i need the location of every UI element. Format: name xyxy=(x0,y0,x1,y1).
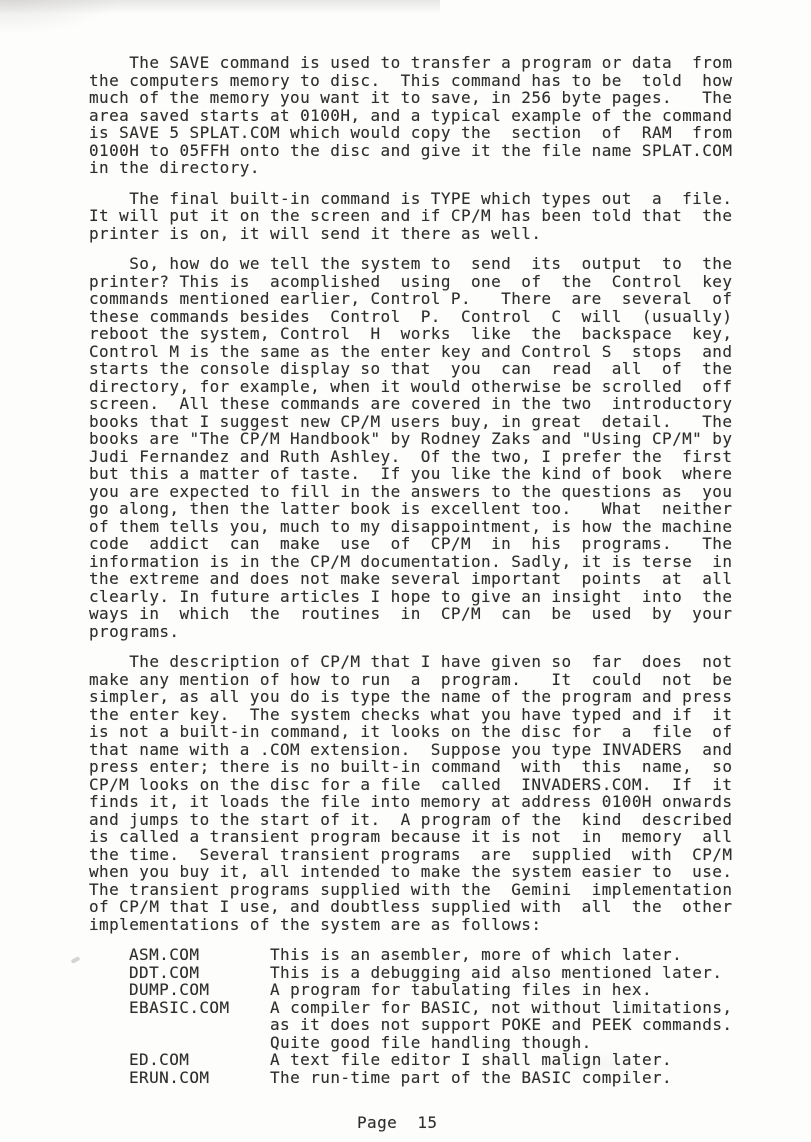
paragraph-running-programs: The description of CP/M that I have give… xyxy=(89,653,749,933)
scan-corner-artifact xyxy=(0,0,120,34)
file-name: ED.COM xyxy=(129,1051,270,1069)
page-body-text: The SAVE command is used to transfer a p… xyxy=(89,54,749,1132)
file-list-row: DDT.COMThis is a debugging aid also ment… xyxy=(89,964,749,982)
file-name: ERUN.COM xyxy=(129,1069,270,1087)
file-description: A text file editor I shall malign later. xyxy=(270,1051,672,1069)
file-name: ASM.COM xyxy=(129,946,270,964)
file-list-row: DUMP.COMA program for tabulating files i… xyxy=(89,981,749,999)
scan-speck-artifact xyxy=(71,956,81,964)
paragraph-save-command: The SAVE command is used to transfer a p… xyxy=(89,54,749,177)
file-list: ASM.COMThis is an asembler, more of whic… xyxy=(89,946,749,1086)
file-list-row: ASM.COMThis is an asembler, more of whic… xyxy=(89,946,749,964)
file-list-row: EBASIC.COMA compiler for BASIC, not with… xyxy=(89,999,749,1052)
paragraph-type-command: The final built-in command is TYPE which… xyxy=(89,190,749,243)
file-name: DDT.COM xyxy=(129,964,270,982)
file-name: EBASIC.COM xyxy=(129,999,270,1052)
scanned-document-page: The SAVE command is used to transfer a p… xyxy=(0,0,811,1142)
file-description: A program for tabulating files in hex. xyxy=(270,981,652,999)
page-number: Page 15 xyxy=(357,1114,749,1132)
file-description: The run-time part of the BASIC compiler. xyxy=(270,1069,672,1087)
file-description: A compiler for BASIC, not without limita… xyxy=(270,999,732,1052)
file-description: This is an asembler, more of which later… xyxy=(270,946,682,964)
paragraph-control-keys: So, how do we tell the system to send it… xyxy=(89,255,749,640)
file-list-row: ED.COMA text file editor I shall malign … xyxy=(89,1051,749,1069)
file-name: DUMP.COM xyxy=(129,981,270,999)
file-description: This is a debugging aid also mentioned l… xyxy=(270,964,722,982)
file-list-row: ERUN.COMThe run-time part of the BASIC c… xyxy=(89,1069,749,1087)
